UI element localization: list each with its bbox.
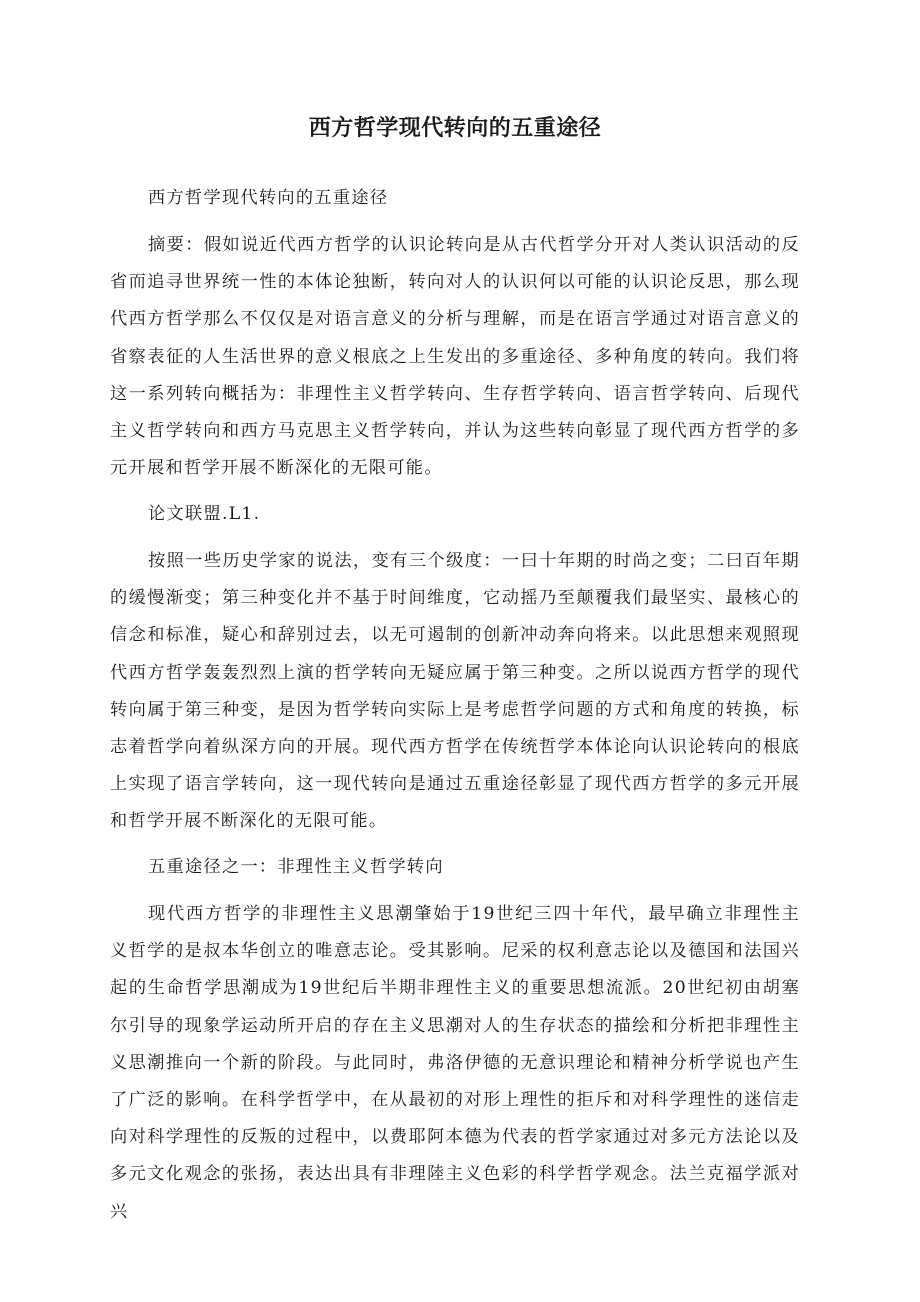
section-heading-1: 五重途径之一：非理性主义哲学转向 — [110, 849, 800, 886]
intro-paragraph: 按照一些历史学家的说法，变有三个级度：一曰十年期的时尚之变；二曰百年期的缓慢渐变… — [110, 543, 800, 841]
abstract-paragraph: 摘要：假如说近代西方哲学的认识论转向是从古代哲学分开对人类认识活动的反省而追寻世… — [110, 227, 800, 487]
subtitle-paragraph: 西方哲学现代转向的五重途径 — [110, 180, 800, 217]
source-note: 论文联盟.L1. — [110, 496, 800, 533]
section-1-body: 现代西方哲学的非理性主义思潮肇始于19世纪三四十年代，最早确立非理性主义哲学的是… — [110, 896, 800, 1231]
document-title: 西方哲学现代转向的五重途径 — [110, 112, 800, 144]
